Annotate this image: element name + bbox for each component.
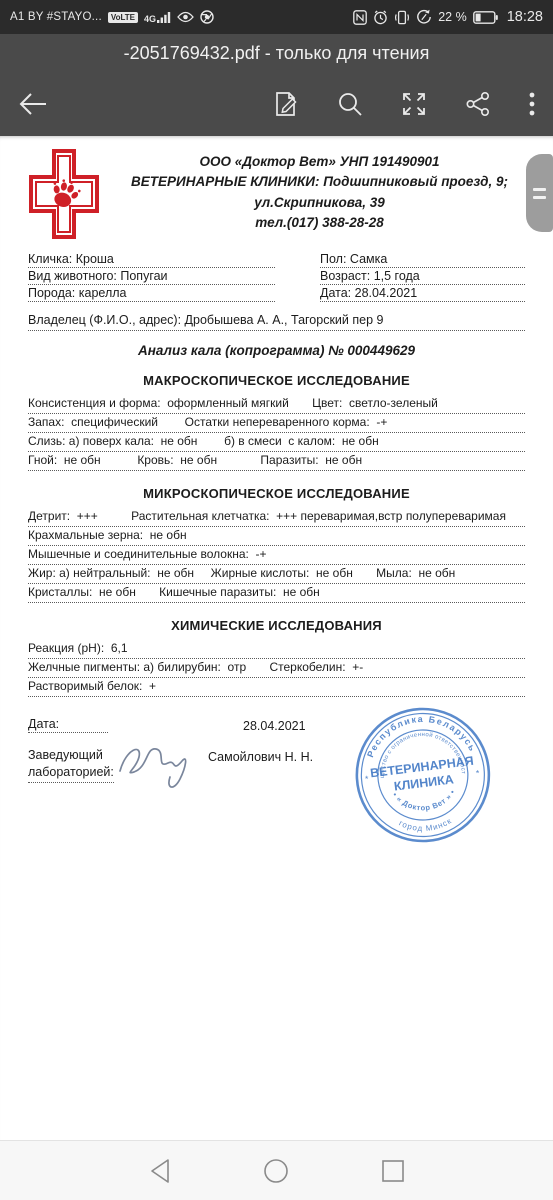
- field-breed: Порода: карелла: [28, 286, 275, 302]
- chem-row: Растворимый белок: +: [28, 680, 525, 697]
- share-button[interactable]: [465, 91, 491, 117]
- macro-row: Слизь: а) поверх кала: не обн б) в смеси…: [28, 435, 525, 452]
- browser-icon: [200, 10, 214, 24]
- clinic-info: ООО «Доктор Вет» УНП 191490901 ВЕТЕРИНАР…: [114, 148, 525, 233]
- network-4g-indicator: 4G: [144, 11, 171, 24]
- more-options-button[interactable]: [529, 92, 535, 116]
- edit-button[interactable]: [273, 91, 299, 117]
- pdf-toolbar: [0, 72, 553, 136]
- phone-screen: A1 BY #STAYO... VoLTE 4G: [0, 0, 553, 1200]
- network-type-label: 4G: [144, 15, 156, 24]
- stamp-left-star: *: [365, 774, 370, 784]
- field-date: Дата: 28.04.2021: [320, 286, 525, 302]
- nav-home-circle-icon: [263, 1158, 289, 1184]
- carrier-label: A1 BY #STAYO...: [10, 11, 102, 23]
- lab-head-label-line2: лабораторией:: [28, 764, 114, 783]
- more-vertical-icon: [529, 92, 535, 116]
- title-bar: -2051769432.pdf - только для чтения: [0, 34, 553, 72]
- edit-icon: [273, 91, 299, 117]
- search-icon: [337, 91, 363, 117]
- data-sync-icon: [416, 9, 432, 25]
- analysis-title: Анализ кала (копрограмма) № 000449629: [28, 343, 525, 358]
- signal-bars-icon: [157, 11, 171, 24]
- nfc-icon: [353, 10, 367, 25]
- section-header-microscopic: МИКРОСКОПИЧЕСКОЕ ИССЛЕДОВАНИЕ: [28, 486, 525, 501]
- fullscreen-button[interactable]: [401, 91, 427, 117]
- owner-line: Владелец (Ф.И.О., адрес): Дробышева А. А…: [28, 313, 525, 331]
- nav-home-button[interactable]: [263, 1158, 289, 1184]
- clock-label: 18:28: [507, 9, 543, 25]
- battery-icon: [473, 11, 498, 24]
- back-button[interactable]: [18, 92, 48, 116]
- micro-row: Крахмальные зерна: не обн: [28, 529, 525, 546]
- clinic-name-line: ООО «Доктор Вет» УНП 191490901: [114, 152, 525, 172]
- micro-row: Мышечные и соединительные волокна: -+: [28, 548, 525, 565]
- alarm-icon: [373, 10, 388, 25]
- pdf-page: ООО «Доктор Вет» УНП 191490901 ВЕТЕРИНАР…: [0, 136, 553, 1140]
- android-nav-bar: [0, 1140, 553, 1200]
- macro-row: Гной: не обн Кровь: не обн Паразиты: не …: [28, 454, 525, 471]
- status-bar-right: 22 % 18:28: [353, 9, 543, 25]
- eye-icon: [177, 11, 194, 23]
- back-arrow-icon: [18, 92, 48, 116]
- macro-row: Запах: специфический Остатки непереварен…: [28, 416, 525, 433]
- clinic-cross-paw-logo: [28, 148, 100, 240]
- clinic-header: ООО «Доктор Вет» УНП 191490901 ВЕТЕРИНАР…: [28, 148, 525, 240]
- clinic-stamp: Республика Беларусь город Минск Общество…: [349, 701, 496, 853]
- clinic-address-line1: ВЕТЕРИНАРНЫЕ КЛИНИКИ: Подшипниковый прое…: [114, 172, 525, 192]
- section-header-macroscopic: МАКРОСКОПИЧЕСКОЕ ИССЛЕДОВАНИЕ: [28, 373, 525, 388]
- field-age: Возраст: 1,5 года: [320, 269, 525, 285]
- micro-row: Кристаллы: не обн Кишечные паразиты: не …: [28, 586, 525, 603]
- nav-back-button[interactable]: [149, 1158, 171, 1184]
- status-bar-left: A1 BY #STAYO... VoLTE 4G: [10, 10, 214, 24]
- chem-row: Желчные пигменты: а) билирубин: отр Стер…: [28, 661, 525, 678]
- section-header-chemical: ХИМИЧЕСКИЕ ИССЛЕДОВАНИЯ: [28, 618, 525, 633]
- footer-date-label: Дата:: [28, 717, 108, 733]
- fast-scroll-handle[interactable]: [526, 154, 553, 232]
- clinic-phone-line: тел.(017) 388-28-28: [114, 213, 525, 233]
- signature-scribble: [116, 739, 201, 794]
- field-sex: Пол: Самка: [320, 252, 525, 268]
- volte-badge: VoLTE: [108, 12, 138, 23]
- battery-percent-label: 22 %: [438, 10, 467, 24]
- micro-row: Жир: а) нейтральный: не обн Жирные кисло…: [28, 567, 525, 584]
- chem-row: Реакция (рН): 6,1: [28, 642, 525, 659]
- vibrate-icon: [394, 10, 410, 25]
- share-icon: [465, 91, 491, 117]
- patient-fields: Кличка: Кроша Пол: Самка Вид животного: …: [28, 252, 525, 303]
- status-bar: A1 BY #STAYO... VoLTE 4G: [0, 0, 553, 34]
- stamp-right-star: *: [476, 768, 481, 778]
- macro-row: Консистенция и форма: оформленный мягкий…: [28, 397, 525, 414]
- search-button[interactable]: [337, 91, 363, 117]
- document-footer: Дата: 28.04.2021 Заведующий лабораторией…: [28, 717, 525, 887]
- document-title: -2051769432.pdf - только для чтения: [124, 43, 430, 64]
- lab-head-name: Самойлович Н. Н.: [208, 747, 313, 764]
- round-stamp-icon: Республика Беларусь город Минск Общество…: [349, 701, 496, 848]
- field-nickname: Кличка: Кроша: [28, 252, 275, 268]
- footer-date-value: 28.04.2021: [243, 719, 306, 733]
- field-species: Вид животного: Попугаи: [28, 269, 275, 285]
- toolbar-actions: [273, 91, 535, 117]
- fullscreen-icon: [401, 91, 427, 117]
- nav-back-triangle-icon: [149, 1158, 171, 1184]
- clinic-address-line2: ул.Скрипникова, 39: [114, 193, 525, 213]
- nav-recents-button[interactable]: [381, 1159, 405, 1183]
- nav-recents-square-icon: [381, 1159, 405, 1183]
- micro-row: Детрит: +++ Растительная клетчатка: +++ …: [28, 510, 525, 527]
